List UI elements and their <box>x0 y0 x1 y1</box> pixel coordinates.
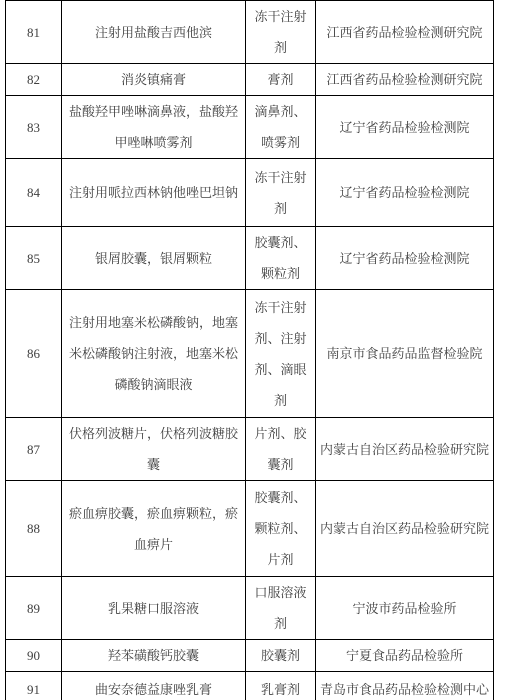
drug-name-cell: 伏格列波糖片，伏格列波糖胶囊 <box>62 418 246 481</box>
table-row: 91 曲安奈德益康唑乳膏 乳膏剂 青岛市食品药品检验检测中心 <box>6 672 494 700</box>
row-number-cell: 91 <box>6 672 62 700</box>
dosage-form-cell: 乳膏剂 <box>246 672 316 700</box>
institution-cell: 宁波市药品检验所 <box>316 577 494 640</box>
drug-name-cell: 银屑胶囊，银屑颗粒 <box>62 227 246 290</box>
institution-cell: 宁夏食品药品检验所 <box>316 640 494 672</box>
institution-cell: 内蒙古自治区药品检验研究院 <box>316 418 494 481</box>
row-number-cell: 82 <box>6 64 62 96</box>
dosage-form-cell: 冻干注射剂、注射剂、滴眼剂 <box>246 290 316 418</box>
institution-cell: 辽宁省药品检验检测院 <box>316 96 494 159</box>
drug-name-cell: 注射用地塞米松磷酸钠，地塞米松磷酸钠注射液，地塞米松磷酸钠滴眼液 <box>62 290 246 418</box>
drug-name-cell: 乳果糖口服溶液 <box>62 577 246 640</box>
table-row: 89 乳果糖口服溶液 口服溶液剂 宁波市药品检验所 <box>6 577 494 640</box>
row-number-cell: 81 <box>6 1 62 64</box>
institution-cell: 青岛市食品药品检验检测中心 <box>316 672 494 700</box>
dosage-form-cell: 膏剂 <box>246 64 316 96</box>
institution-cell: 辽宁省药品检验检测院 <box>316 159 494 227</box>
table-row: 86 注射用地塞米松磷酸钠，地塞米松磷酸钠注射液，地塞米松磷酸钠滴眼液 冻干注射… <box>6 290 494 418</box>
dosage-form-cell: 冻干注射剂 <box>246 1 316 64</box>
table-row: 84 注射用哌拉西林钠他唑巴坦钠 冻干注射剂 辽宁省药品检验检测院 <box>6 159 494 227</box>
dosage-form-cell: 胶囊剂、颗粒剂、片剂 <box>246 481 316 577</box>
dosage-form-cell: 口服溶液剂 <box>246 577 316 640</box>
row-number-cell: 84 <box>6 159 62 227</box>
row-number-cell: 83 <box>6 96 62 159</box>
table-row: 87 伏格列波糖片，伏格列波糖胶囊 片剂、胶囊剂 内蒙古自治区药品检验研究院 <box>6 418 494 481</box>
drug-name-cell: 盐酸羟甲唑啉滴鼻液，盐酸羟甲唑啉喷雾剂 <box>62 96 246 159</box>
drug-inspection-table: 81 注射用盐酸吉西他滨 冻干注射剂 江西省药品检验检测研究院 82 消炎镇痛膏… <box>5 0 494 700</box>
table-row: 90 羟苯磺酸钙胶囊 胶囊剂 宁夏食品药品检验所 <box>6 640 494 672</box>
row-number-cell: 90 <box>6 640 62 672</box>
drug-name-cell: 瘀血痹胶囊，瘀血痹颗粒，瘀血痹片 <box>62 481 246 577</box>
table-row: 88 瘀血痹胶囊，瘀血痹颗粒，瘀血痹片 胶囊剂、颗粒剂、片剂 内蒙古自治区药品检… <box>6 481 494 577</box>
table-row: 81 注射用盐酸吉西他滨 冻干注射剂 江西省药品检验检测研究院 <box>6 1 494 64</box>
dosage-form-cell: 胶囊剂、颗粒剂 <box>246 227 316 290</box>
row-number-cell: 87 <box>6 418 62 481</box>
row-number-cell: 86 <box>6 290 62 418</box>
institution-cell: 内蒙古自治区药品检验研究院 <box>316 481 494 577</box>
table-row: 85 银屑胶囊，银屑颗粒 胶囊剂、颗粒剂 辽宁省药品检验检测院 <box>6 227 494 290</box>
drug-name-cell: 注射用哌拉西林钠他唑巴坦钠 <box>62 159 246 227</box>
drug-name-cell: 羟苯磺酸钙胶囊 <box>62 640 246 672</box>
table-row: 83 盐酸羟甲唑啉滴鼻液，盐酸羟甲唑啉喷雾剂 滴鼻剂、喷雾剂 辽宁省药品检验检测… <box>6 96 494 159</box>
row-number-cell: 88 <box>6 481 62 577</box>
institution-cell: 江西省药品检验检测研究院 <box>316 64 494 96</box>
drug-name-cell: 消炎镇痛膏 <box>62 64 246 96</box>
institution-cell: 辽宁省药品检验检测院 <box>316 227 494 290</box>
dosage-form-cell: 冻干注射剂 <box>246 159 316 227</box>
institution-cell: 江西省药品检验检测研究院 <box>316 1 494 64</box>
table-row: 82 消炎镇痛膏 膏剂 江西省药品检验检测研究院 <box>6 64 494 96</box>
row-number-cell: 89 <box>6 577 62 640</box>
dosage-form-cell: 片剂、胶囊剂 <box>246 418 316 481</box>
institution-cell: 南京市食品药品监督检验院 <box>316 290 494 418</box>
drug-name-cell: 注射用盐酸吉西他滨 <box>62 1 246 64</box>
dosage-form-cell: 胶囊剂 <box>246 640 316 672</box>
row-number-cell: 85 <box>6 227 62 290</box>
document-page: 81 注射用盐酸吉西他滨 冻干注射剂 江西省药品检验检测研究院 82 消炎镇痛膏… <box>0 0 507 700</box>
dosage-form-cell: 滴鼻剂、喷雾剂 <box>246 96 316 159</box>
drug-name-cell: 曲安奈德益康唑乳膏 <box>62 672 246 700</box>
